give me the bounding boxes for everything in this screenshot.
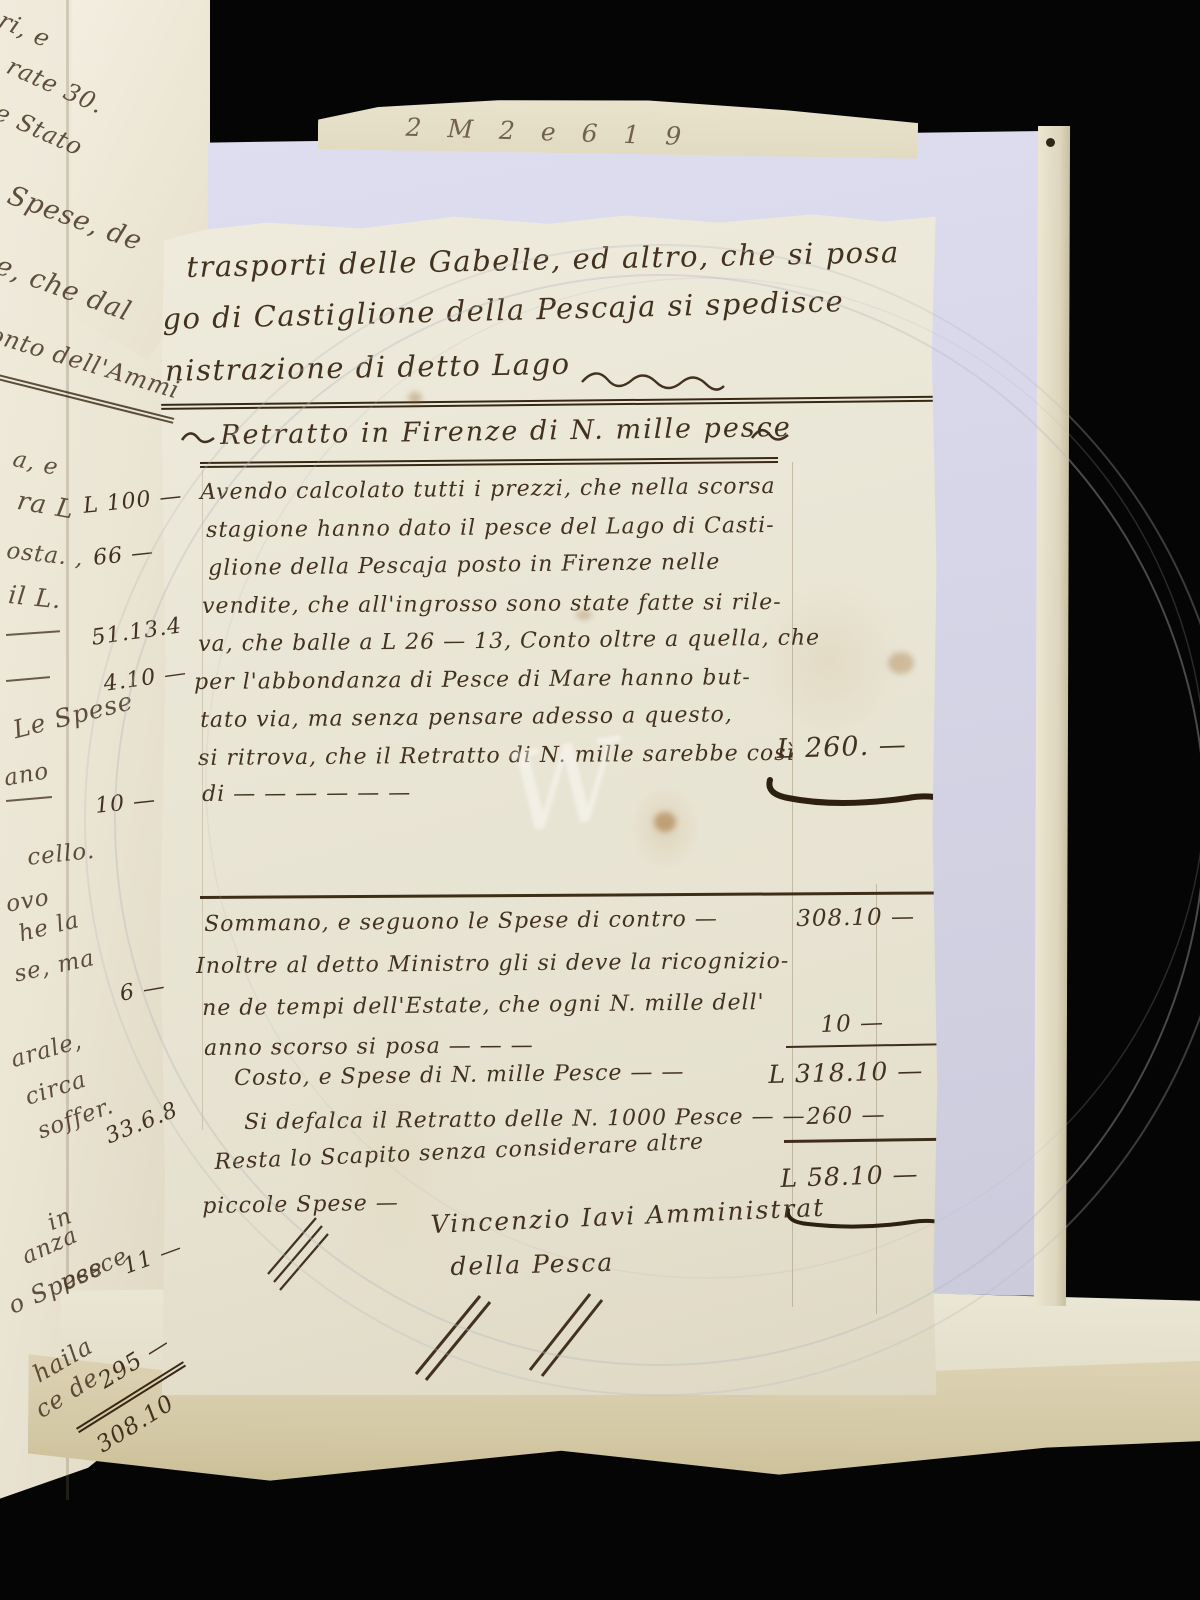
stain (408, 392, 422, 404)
manuscript-photo: 2 M 2 e 6 1 9 trasporti delle Gabelle, e… (0, 0, 1200, 1600)
top-strip-fragment: 2 M 2 e 6 1 9 (405, 113, 690, 151)
total-label: di — — — — — — (202, 781, 411, 807)
paragraph-line: stagione hanno dato il pesce del Lago di… (206, 513, 775, 543)
ledger-line: Costo, e Spese di N. mille Pesce — — (234, 1060, 685, 1091)
heading-flourish-icon (578, 364, 728, 396)
amount-costo: L 318.10 — (768, 1056, 924, 1089)
heading-rule (152, 396, 938, 406)
title-flourish-left-icon (180, 428, 216, 450)
paragraph-line: Avendo calcolato tutti i prezzi, che nel… (200, 474, 776, 505)
ledger-line: Si defalca il Retratto delle N. 1000 Pes… (244, 1104, 806, 1135)
column-rule-amounts-2 (876, 884, 877, 1314)
stain (576, 610, 592, 620)
amount-defalco: 260 — (806, 1102, 886, 1130)
ledger-line: Sommano, e seguono le Spese di contro — (204, 907, 718, 937)
paragraph-line: va, che balle a L 26 — 13, Conto oltre a… (198, 625, 820, 657)
title-flourish-right-icon (750, 424, 790, 448)
heading-line-1: trasporti delle Gabelle, ed altro, che s… (186, 235, 900, 284)
paragraph-line: glione della Pescaja posto in Firenze ne… (208, 550, 720, 581)
ledger-line: Resta lo Scapito senza considerare altre (214, 1129, 704, 1174)
top-strip: 2 M 2 e 6 1 9 (318, 95, 919, 158)
right-page-edge (1034, 126, 1070, 1306)
total-amount: L 260. — (776, 729, 907, 765)
left-fragment: il L. (7, 580, 63, 614)
manuscript-page: trasporti delle Gabelle, ed altro, che s… (158, 212, 938, 1395)
stain (888, 652, 914, 674)
ledger-line: Inoltre al detto Ministro gli si deve la… (196, 949, 789, 979)
ledger-line: anno scorso si posa — — — (204, 1033, 534, 1061)
signature-title: della Pesca (450, 1248, 615, 1281)
heading-line-2: go di Castiglione della Pescaja si spedi… (162, 284, 845, 336)
signature-name: Vincenzio Iavi Amministrat (430, 1193, 826, 1239)
signature-slashes-icon (258, 1208, 338, 1298)
amount-sommano: 308.10 — (796, 904, 915, 932)
title-underline (200, 457, 778, 464)
signature-paraph-icon (402, 1278, 642, 1388)
paragraph-line: tato via, ma senza pensare adesso a ques… (200, 702, 733, 733)
total-flourish-icon (764, 770, 954, 810)
binding-hole (1046, 138, 1055, 147)
ledger-line: ne de tempi dell'Estate, che ogni N. mil… (202, 990, 765, 1021)
paragraph-line: per l'abbondanza di Pesce di Mare hanno … (194, 665, 751, 695)
paragraph-line: si ritrova, che il Retratto di N. mille … (198, 741, 795, 771)
section-rule (200, 892, 936, 899)
amount-underline (786, 1043, 954, 1048)
section-title: Retratto in Firenze di N. mille pesce (220, 412, 792, 451)
paper-watermark-letter: W (498, 714, 630, 858)
amount-underline (784, 1138, 954, 1143)
amount-scapito: L 58.10 — (780, 1159, 919, 1193)
stain (654, 812, 676, 832)
amount-ricognizione: 10 — (820, 1010, 884, 1038)
heading-line-3: inistrazione di detto Lago (154, 347, 571, 388)
paragraph-line: vendite, che all'ingrosso sono state fat… (202, 590, 782, 619)
